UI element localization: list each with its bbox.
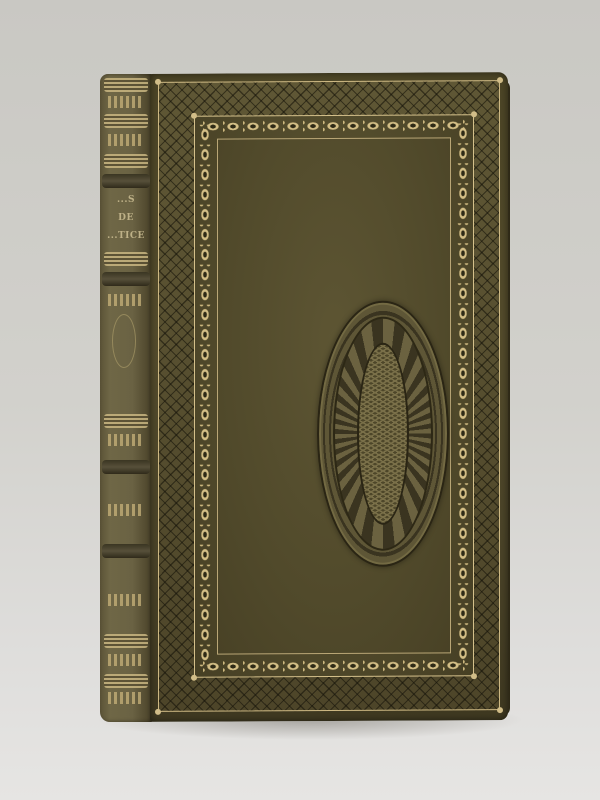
corner-dot <box>155 709 161 715</box>
corner-dot <box>497 77 503 83</box>
spine-band <box>104 252 148 266</box>
spine-raised-band <box>102 460 150 474</box>
corner-dot <box>191 675 197 681</box>
corner-dot <box>471 111 477 117</box>
spine-title-line-1: ...S <box>104 194 148 206</box>
spine-floral-tool <box>108 594 144 606</box>
corner-dot <box>155 79 161 85</box>
book-spine: ...S DE ...TICE <box>100 74 154 722</box>
corner-dot <box>497 707 503 713</box>
gilt-lozenge-roll-top <box>203 118 465 133</box>
front-cover <box>150 72 508 722</box>
spine-band <box>104 414 148 428</box>
spine-ornament <box>108 294 144 306</box>
oval-medallion <box>317 300 449 567</box>
spine-lozenge-ornament <box>112 314 136 368</box>
spine-raised-band <box>102 544 150 558</box>
medallion-center-lozenge <box>357 343 409 525</box>
spine-ornament <box>108 434 144 446</box>
gilt-lozenge-roll-left <box>198 125 212 669</box>
spine-ornament-top <box>108 96 144 108</box>
inner-panel <box>194 114 474 677</box>
spine-band <box>104 114 148 128</box>
spine-band <box>104 634 148 648</box>
spine-floral-tool <box>108 504 144 516</box>
spine-band <box>104 154 148 168</box>
book: ...S DE ...TICE <box>0 0 600 800</box>
spine-raised-band <box>102 272 150 286</box>
spine-band <box>104 674 148 688</box>
gilt-lozenge-roll-right <box>456 123 470 667</box>
spine-ornament <box>108 134 144 146</box>
spine-grid-tool <box>108 692 144 704</box>
spine-grid-tool <box>108 654 144 666</box>
spine-title-line-3: ...TICE <box>104 230 148 242</box>
corner-dot <box>191 113 197 119</box>
spine-head-band <box>104 78 148 92</box>
corner-dot <box>471 673 477 679</box>
gilt-lozenge-roll-bottom <box>203 658 465 673</box>
spine-raised-band <box>102 174 150 188</box>
spine-title-line-2: DE <box>104 212 148 224</box>
